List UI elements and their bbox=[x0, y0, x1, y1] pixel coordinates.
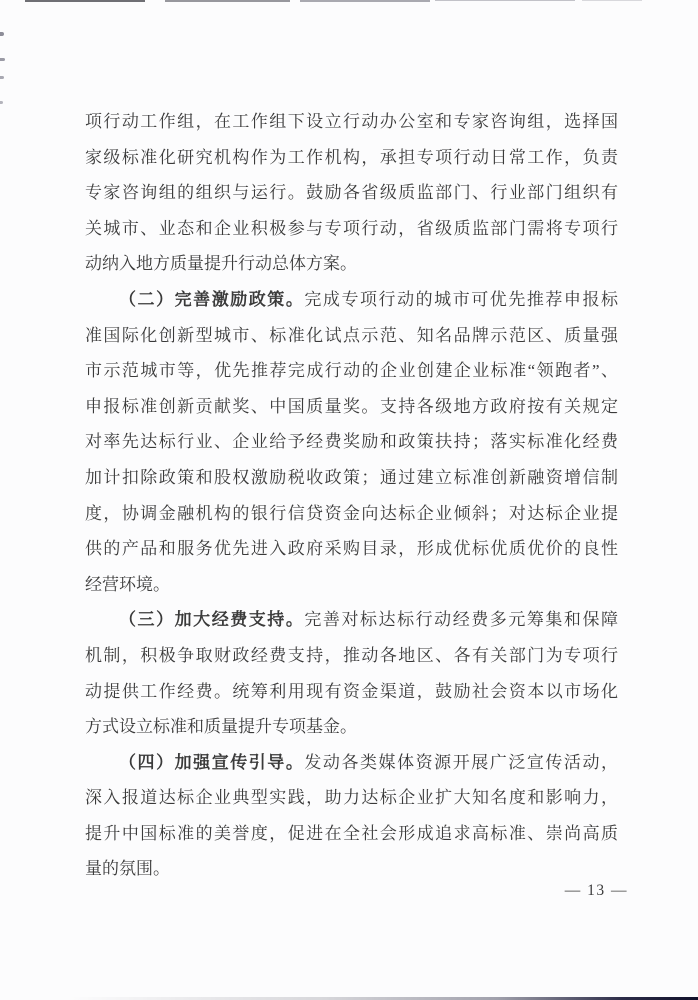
scan-artifact-speck bbox=[0, 58, 5, 61]
section-heading: （三）加大经费支持。 bbox=[119, 610, 304, 629]
text-line: 度，协调金融机构的银行信贷资金向达标企业倾斜；对达标企业提 bbox=[85, 496, 618, 532]
text-line: 项行动工作组，在工作组下设立行动办公室和专家咨询组，选择国 bbox=[85, 104, 618, 140]
scanned-document-page: 项行动工作组，在工作组下设立行动办公室和专家咨询组，选择国家级标准化研究机构作为… bbox=[0, 0, 698, 1000]
text-line: （四）加强宣传引导。发动各类媒体资源开展广泛宣传活动， bbox=[85, 745, 618, 781]
text-line: 加计扣除政策和股权激励税收政策；通过建立标准创新融资增信制 bbox=[85, 460, 618, 496]
text-line: 机制，积极争取财政经费支持，推动各地区、各有关部门为专项行 bbox=[85, 638, 618, 674]
text-line: 准国际化创新型城市、标准化试点示范、知名品牌示范区、质量强 bbox=[85, 318, 618, 354]
scan-artifact-top-edge bbox=[300, 0, 430, 2]
scan-artifact-speck bbox=[0, 32, 4, 36]
text-line: 市示范城市等，优先推荐完成行动的企业创建企业标准“领跑者”、 bbox=[85, 353, 618, 389]
scan-artifact-top-edge bbox=[25, 0, 145, 2]
text-line: 家级标准化研究机构作为工作机构，承担专项行动日常工作，负责 bbox=[85, 140, 618, 176]
text-line: 深入报道达标企业典型实践，助力达标企业扩大知名度和影响力， bbox=[85, 780, 618, 816]
text-line: 供的产品和服务优先进入政府采购目录，形成优标优质优价的良性 bbox=[85, 531, 618, 567]
scan-artifact-speck bbox=[0, 101, 3, 104]
text-line: 申报标准创新贡献奖、中国质量奖。支持各级地方政府按有关规定 bbox=[85, 389, 618, 425]
document-body: 项行动工作组，在工作组下设立行动办公室和专家咨询组，选择国家级标准化研究机构作为… bbox=[85, 104, 618, 887]
text-line: 动纳入地方质量提升行动总体方案。 bbox=[85, 246, 618, 282]
scan-artifact-speck bbox=[0, 76, 4, 79]
text-line: 量的氛围。 bbox=[85, 851, 618, 887]
section-heading: （四）加强宣传引导。 bbox=[119, 753, 304, 772]
text-line: 方式设立标准和质量提升专项基金。 bbox=[85, 709, 618, 745]
text-line: 经营环境。 bbox=[85, 567, 618, 603]
scan-artifact-top-edge bbox=[435, 0, 575, 1]
scan-artifact-top-edge bbox=[165, 0, 290, 2]
text-line: 提升中国标准的美誉度，促进在全社会形成追求高标准、崇尚高质 bbox=[85, 816, 618, 852]
page-number: — 13 — bbox=[565, 882, 628, 900]
text-line: 关城市、业态和企业积极参与专项行动，省级质监部门需将专项行 bbox=[85, 211, 618, 247]
text-line: 动提供工作经费。统筹利用现有资金渠道，鼓励社会资本以市场化 bbox=[85, 674, 618, 710]
section-heading: （二）完善激励政策。 bbox=[119, 290, 304, 309]
scan-artifact-top-edge bbox=[582, 0, 642, 1]
text-line: 专家咨询组的组织与运行。鼓励各省级质监部门、行业部门组织有 bbox=[85, 175, 618, 211]
text-line: （三）加大经费支持。完善对标达标行动经费多元筹集和保障 bbox=[85, 602, 618, 638]
text-line: （二）完善激励政策。完成专项行动的城市可优先推荐申报标 bbox=[85, 282, 618, 318]
text-line: 对率先达标行业、企业给予经费奖励和政策扶持；落实标准化经费 bbox=[85, 424, 618, 460]
